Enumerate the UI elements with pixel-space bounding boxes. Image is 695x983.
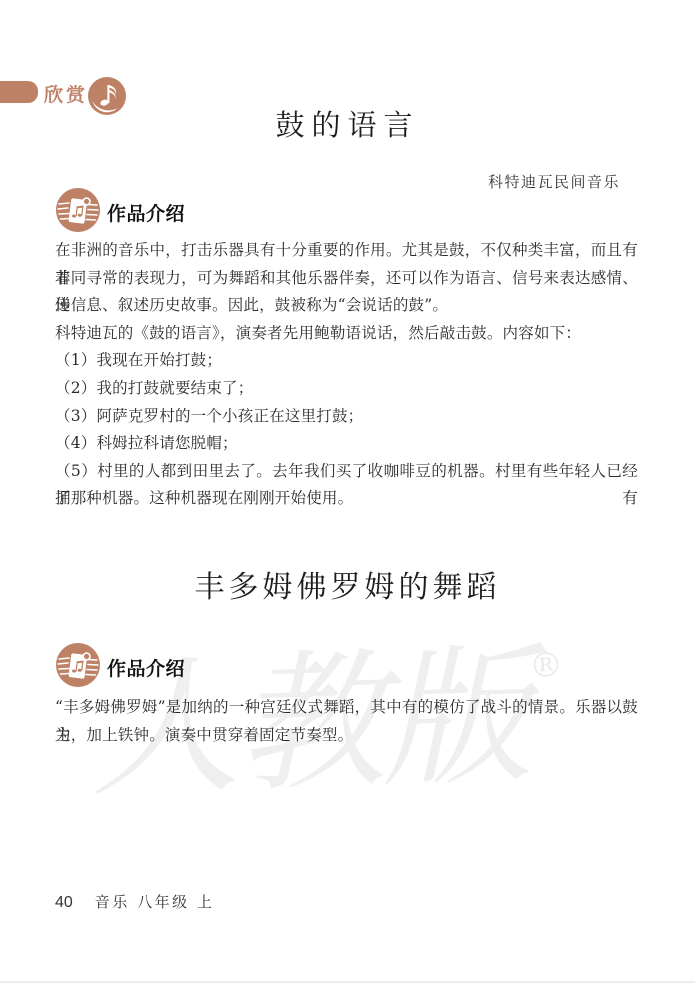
- chapter-tab-marker: [0, 81, 38, 103]
- text-line: “丰多姆佛罗姆”是加纳的一种宫廷仪式舞蹈，其中有的模仿了战斗的情景。乐器以鼓为: [55, 694, 638, 722]
- piece-origin-1: 科特迪瓦民间音乐: [55, 171, 620, 192]
- text-line: （2）我的打鼓就要结束了；: [55, 375, 638, 403]
- scroll-icon: [56, 188, 100, 232]
- text-line: 递信息、叙述历史故事。因此，鼓被称为“会说话的鼓”。: [55, 292, 638, 320]
- text-line: 主，加上铁钟。演奏中贯穿着固定节奏型。: [55, 722, 638, 750]
- text-line: 非同寻常的表现力，可为舞蹈和其他乐器伴奏，还可以作为语言、信号来表达感情、传: [55, 265, 638, 293]
- text-line: （4）科姆拉科请您脱帽；: [55, 430, 638, 458]
- book-title: 音乐 八年级 上: [95, 891, 215, 912]
- page-number: 40: [55, 894, 73, 912]
- scroll-icon: [56, 643, 100, 687]
- intro-heading-1: 作品介绍: [107, 199, 185, 226]
- registered-trademark-symbol: ®: [528, 645, 563, 686]
- piece-title-1: 鼓的语言: [0, 103, 695, 144]
- text-line: 科特迪瓦的《鼓的语言》，演奏者先用鲍勒语说话，然后敲击鼓。内容如下：: [55, 320, 638, 348]
- text-line: （1）我现在开始打鼓；: [55, 347, 638, 375]
- page-footer: 40 音乐 八年级 上: [55, 891, 214, 912]
- intro-heading-2: 作品介绍: [107, 654, 185, 681]
- intro-text-2: “丰多姆佛罗姆”是加纳的一种宫廷仪式舞蹈，其中有的模仿了战斗的情景。乐器以鼓为主…: [55, 694, 638, 749]
- piece-title-2: 丰多姆佛罗姆的舞蹈: [0, 562, 695, 606]
- text-line: 在非洲的音乐中，打击乐器具有十分重要的作用。尤其是鼓，不仅种类丰富，而且有着: [55, 237, 638, 265]
- intro-text-1: 在非洲的音乐中，打击乐器具有十分重要的作用。尤其是鼓，不仅种类丰富，而且有着非同…: [55, 237, 638, 513]
- text-line: （5）村里的人都到田里去了。去年我们买了收咖啡豆的机器。村里有些年轻人已经拥有: [55, 458, 638, 486]
- textbook-page: 人教版® 欣赏 鼓的语言 科特迪瓦民间音乐: [0, 0, 695, 983]
- text-line: （3）阿萨克罗村的一个小孩正在这里打鼓；: [55, 403, 638, 431]
